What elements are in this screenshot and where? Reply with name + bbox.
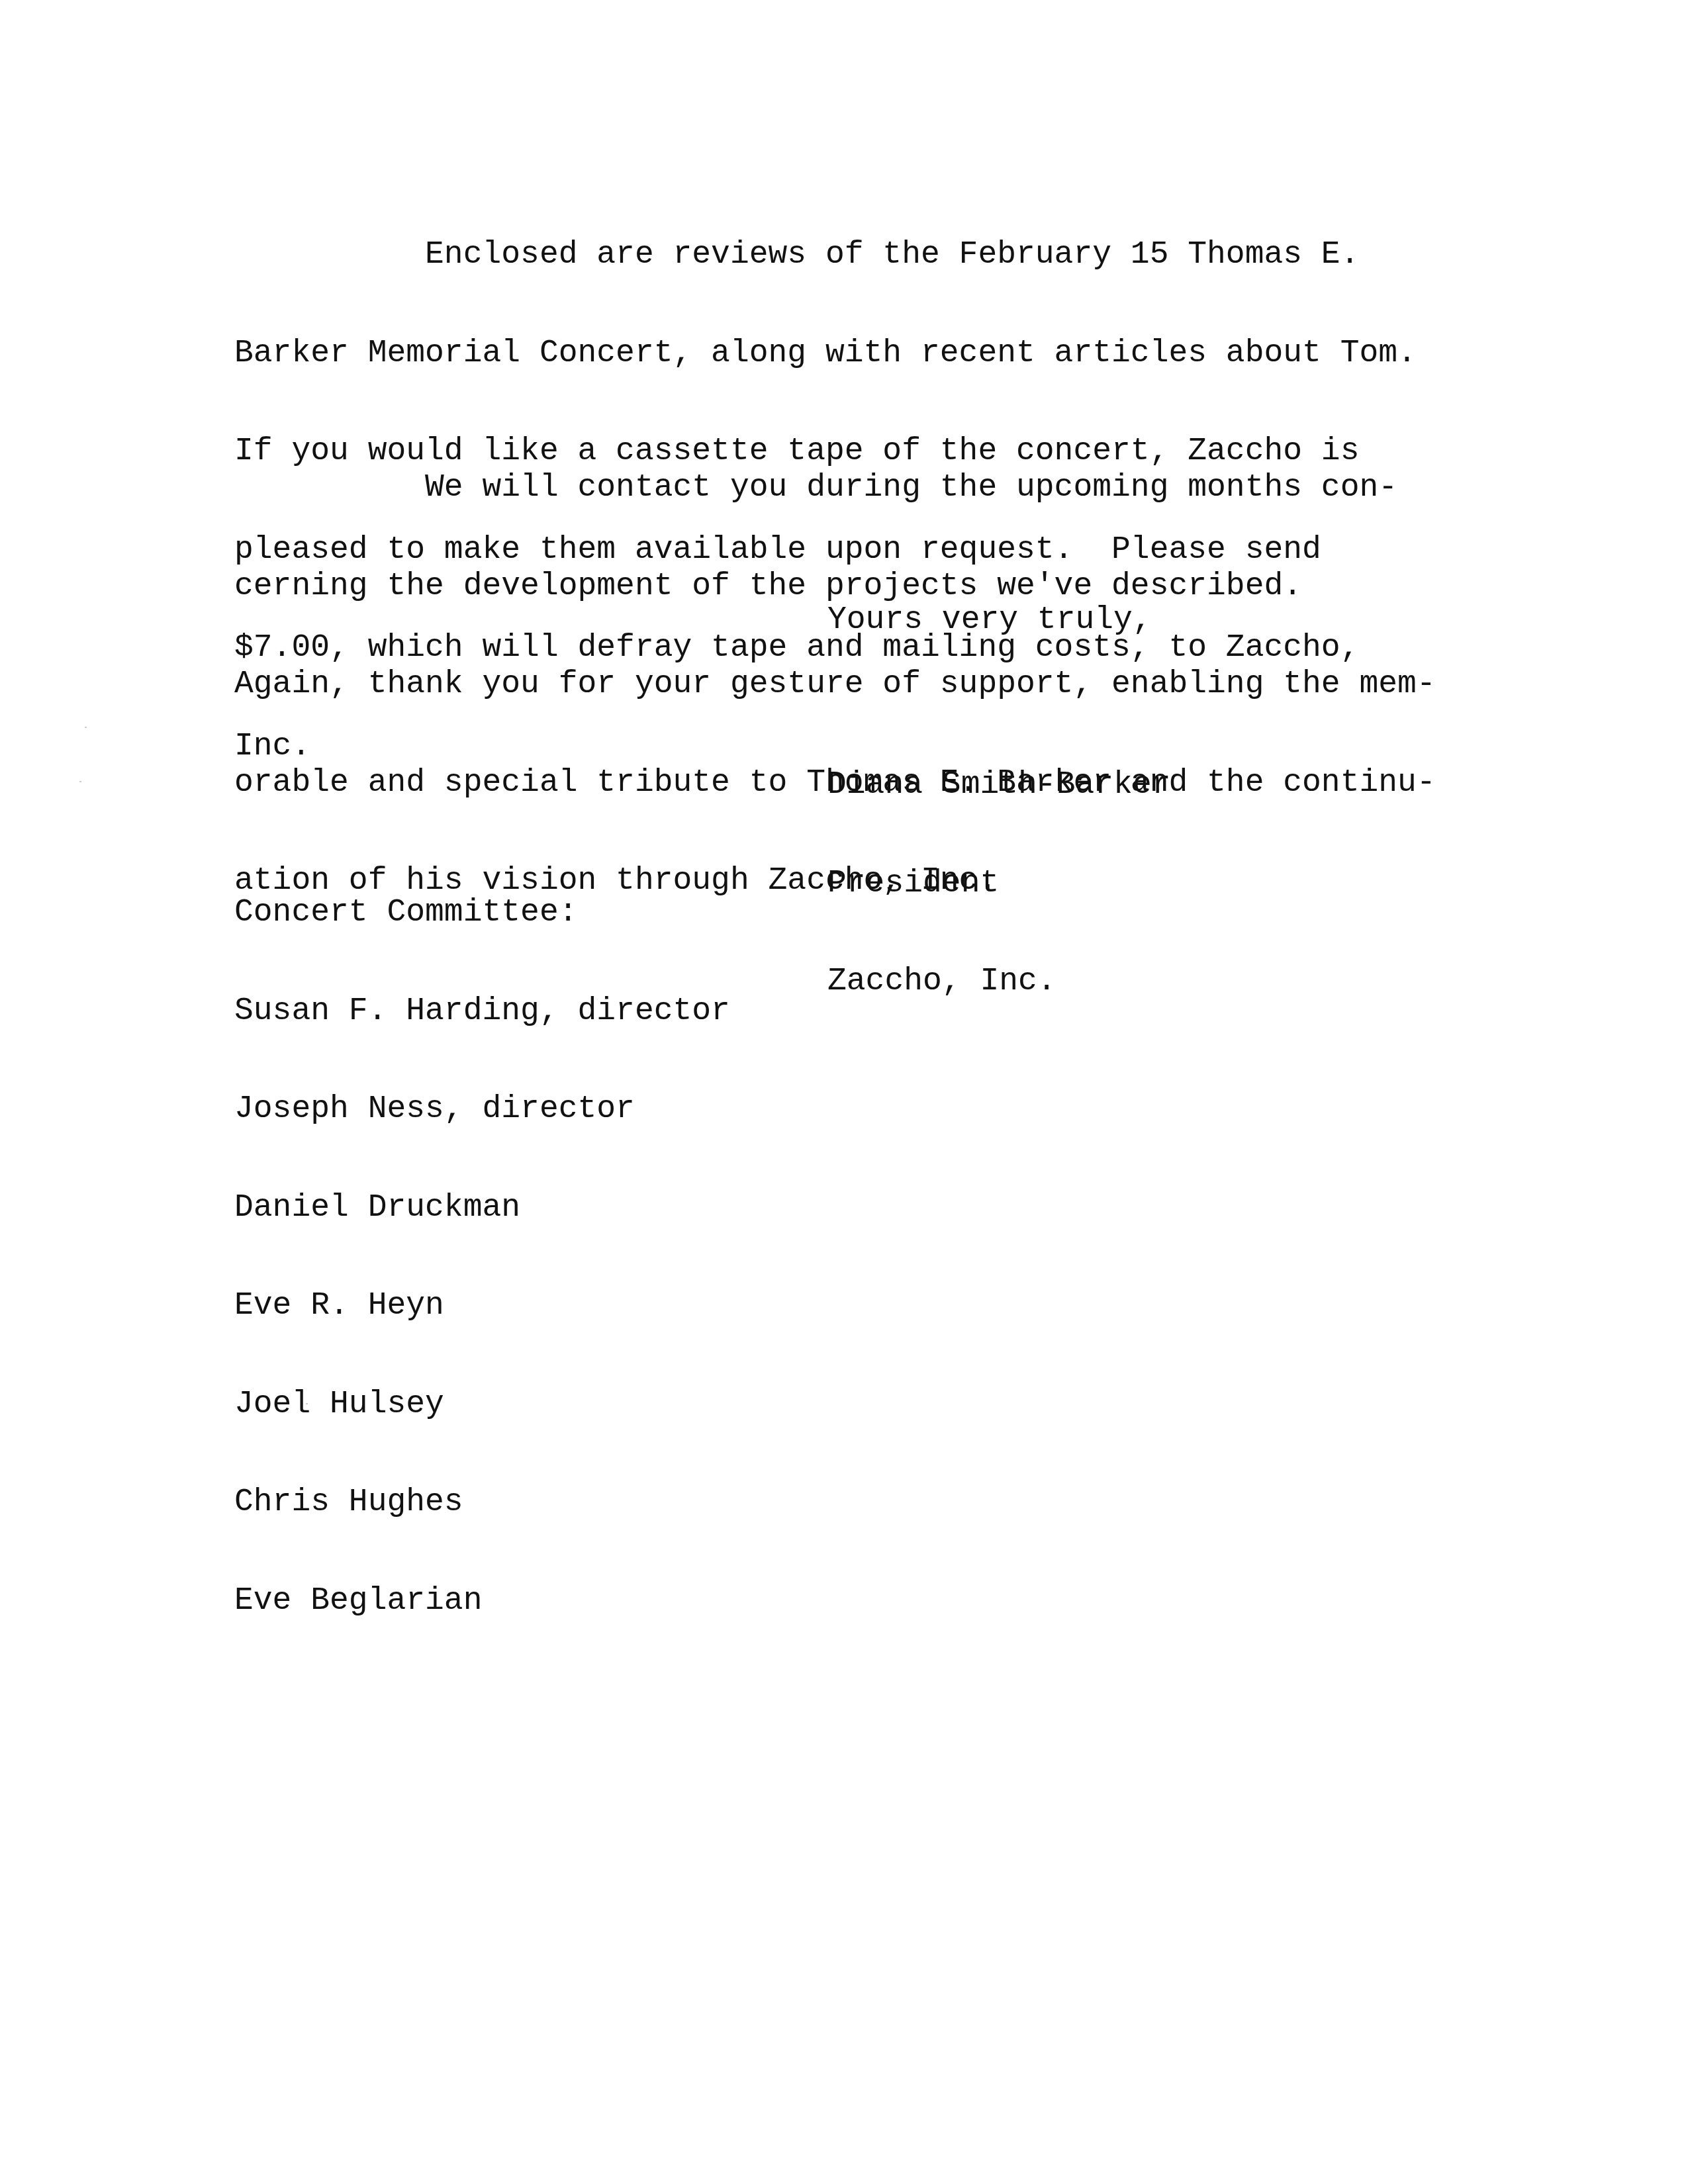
paragraph-line: Barker Memorial Concert, along with rece… xyxy=(234,338,1492,371)
paragraph-line: Enclosed are reviews of the February 15 … xyxy=(234,239,1492,272)
committee-member: Eve Beglarian xyxy=(234,1585,730,1618)
paragraph-line: cerning the development of the projects … xyxy=(234,570,1492,604)
signer-title: President xyxy=(827,868,1170,901)
letter-page: Enclosed are reviews of the February 15 … xyxy=(0,0,1688,2184)
committee-member: Eve R. Heyn xyxy=(234,1290,730,1323)
committee-member: Joel Hulsey xyxy=(234,1388,730,1422)
signer-name: Diana Smith-Barker xyxy=(827,769,1170,802)
committee-list: Concert Committee: Susan F. Harding, dir… xyxy=(234,831,730,1683)
committee-member: Susan F. Harding, director xyxy=(234,995,730,1028)
scan-speck xyxy=(85,727,87,728)
committee-member: Chris Hughes xyxy=(234,1486,730,1520)
paragraph-line: Again, thank you for your gesture of sup… xyxy=(234,668,1492,702)
committee-member: Joseph Ness, director xyxy=(234,1093,730,1126)
signature-block: Diana Smith-Barker President Zaccho, Inc… xyxy=(827,704,1170,1064)
paragraph-line: We will contact you during the upcoming … xyxy=(234,472,1492,505)
closing-salutation: Yours very truly, xyxy=(827,604,1152,637)
scan-speck xyxy=(79,781,81,782)
signer-organization: Zaccho, Inc. xyxy=(827,966,1170,999)
committee-member: Daniel Druckman xyxy=(234,1192,730,1225)
scan-speck xyxy=(306,1403,308,1404)
committee-heading: Concert Committee: xyxy=(234,897,730,930)
